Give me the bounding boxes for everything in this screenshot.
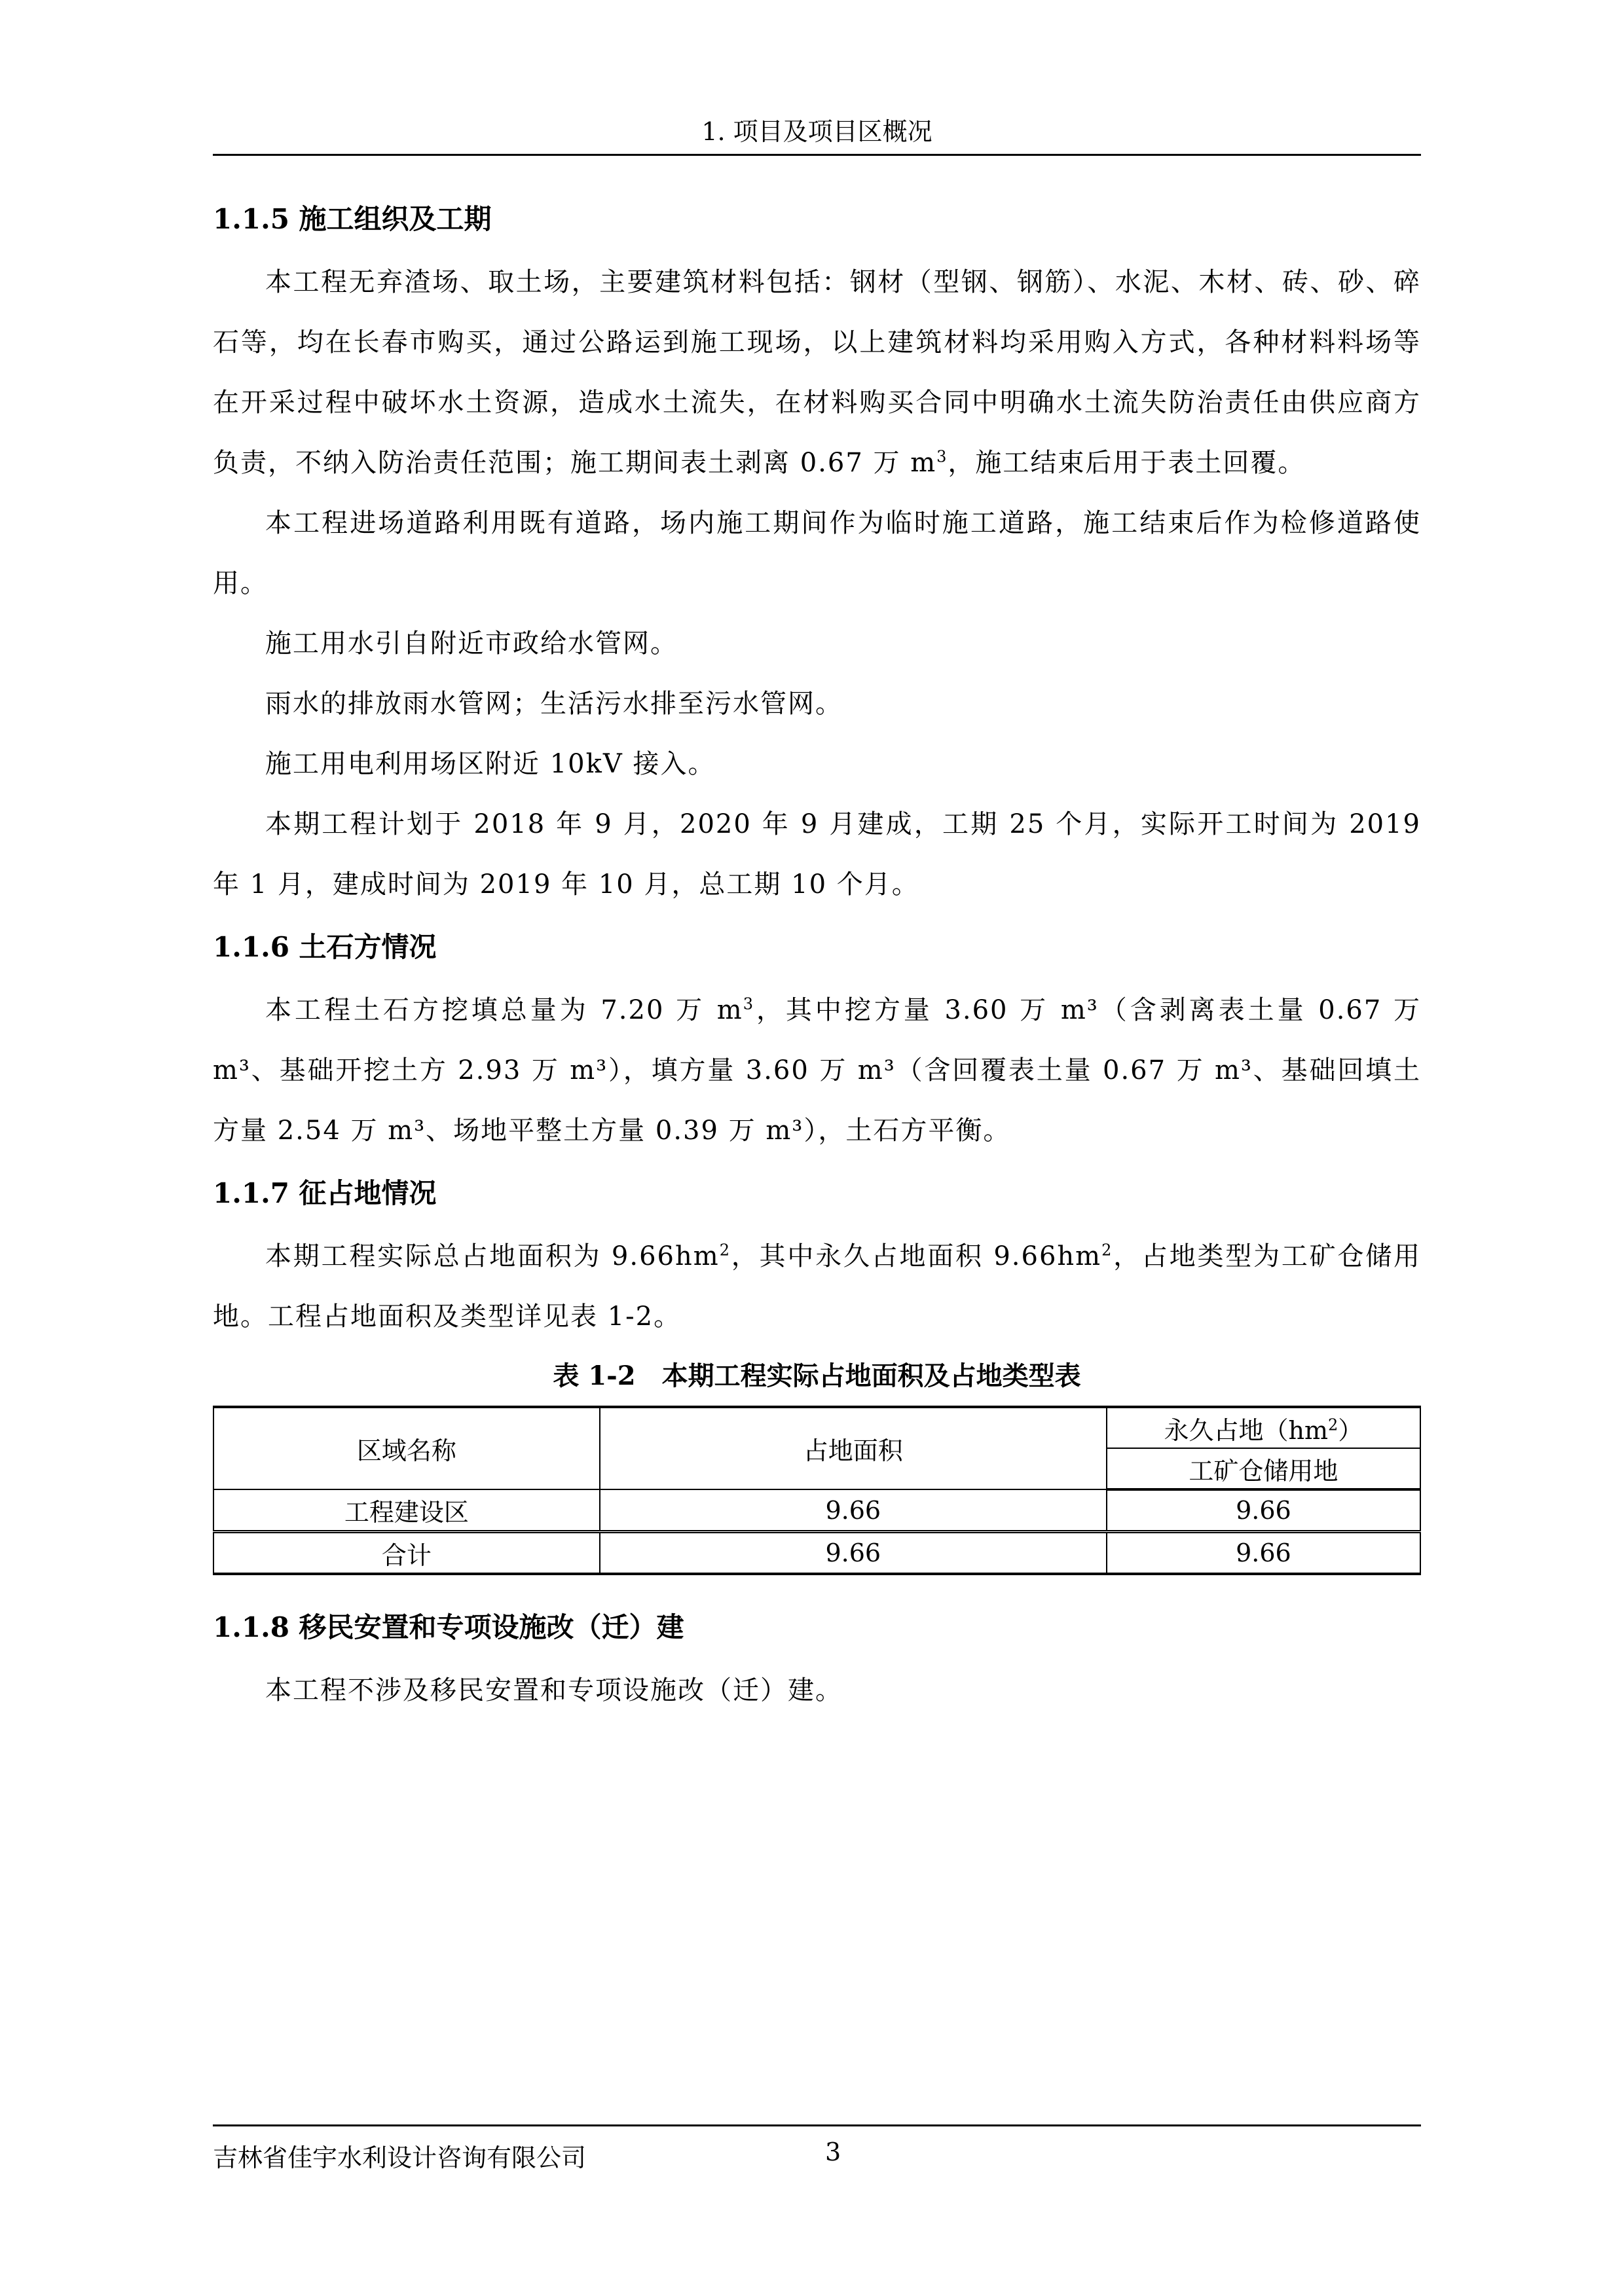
page-content: 1.1.5 施工组织及工期 本工程无弃渣场、取土场，主要建筑材料包括：钢材（型钢…: [213, 187, 1421, 1721]
header-area: 占地面积: [600, 1407, 1107, 1489]
section-heading-1-1-7: 1.1.7 征占地情况: [213, 1161, 1421, 1226]
land-use-table: 区域名称 占地面积 永久占地（hm2） 工矿仓储用地 工程建设区 9.66 9.…: [213, 1406, 1421, 1575]
header-type: 工矿仓储用地: [1107, 1448, 1420, 1489]
paragraph-power: 施工用电利用场区附近 10kV 接入。: [213, 734, 1421, 794]
footer-company: 吉林省佳宇水利设计咨询有限公司: [213, 2138, 586, 2174]
section-heading-1-1-8: 1.1.8 移民安置和专项设施改（迁）建: [213, 1595, 1421, 1660]
paragraph-drainage: 雨水的排放雨水管网；生活污水排至污水管网。: [213, 674, 1421, 734]
table-row-total: 合计 9.66 9.66: [213, 1532, 1420, 1575]
table-row: 工程建设区 9.66 9.66: [213, 1489, 1420, 1532]
header-rule: [213, 154, 1421, 156]
paragraph-water: 施工用水引自附近市政给水管网。: [213, 613, 1421, 674]
running-header: 1. 项目及项目区概况: [213, 111, 1421, 147]
paragraph-land: 本期工程实际总占地面积为 9.66hm2，其中永久占地面积 9.66hm2，占地…: [213, 1226, 1421, 1347]
header-region: 区域名称: [213, 1407, 600, 1489]
section-heading-1-1-6: 1.1.6 土石方情况: [213, 915, 1421, 980]
section-heading-1-1-5: 1.1.5 施工组织及工期: [213, 187, 1421, 252]
paragraph-materials: 本工程无弃渣场、取土场，主要建筑材料包括：钢材（型钢、钢筋）、水泥、木材、砖、砂…: [213, 252, 1421, 493]
header-permanent: 永久占地（hm2）: [1107, 1407, 1420, 1448]
paragraph-roads: 本工程进场道路利用既有道路，场内施工期间作为临时施工道路，施工结束后作为检修道路…: [213, 493, 1421, 613]
paragraph-earthwork: 本工程土石方挖填总量为 7.20 万 m3，其中挖方量 3.60 万 m³（含剥…: [213, 980, 1421, 1161]
page-footer: 吉林省佳宇水利设计咨询有限公司 3: [213, 2138, 1421, 2177]
footer-rule: [213, 2124, 1421, 2126]
paragraph-resettlement: 本工程不涉及移民安置和专项设施改（迁）建。: [213, 1660, 1421, 1721]
paragraph-schedule: 本期工程计划于 2018 年 9 月，2020 年 9 月建成，工期 25 个月…: [213, 794, 1421, 915]
table-caption: 表 1-2 本期工程实际占地面积及占地类型表: [213, 1347, 1421, 1406]
page-number: 3: [825, 2138, 841, 2166]
